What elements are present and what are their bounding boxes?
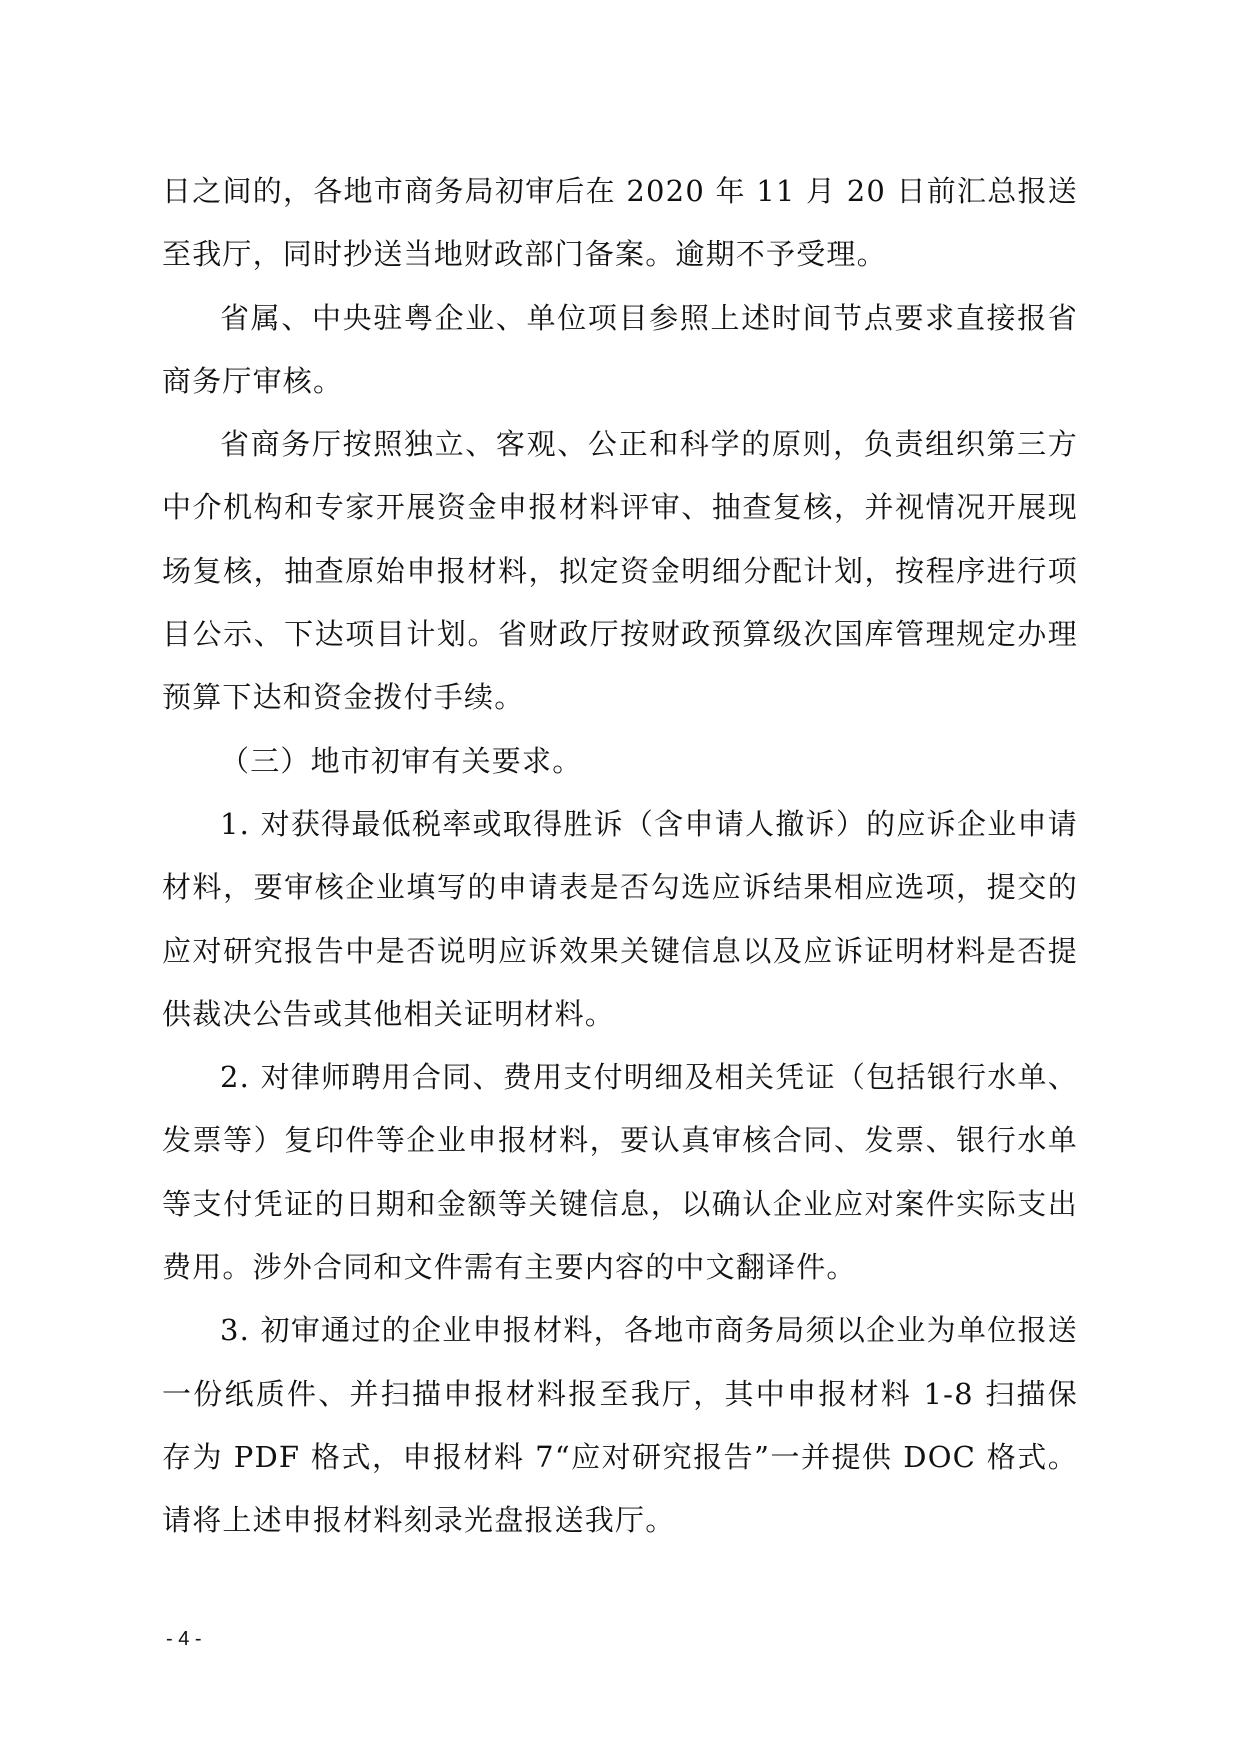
paragraph-provincial-units: 省属、中央驻粤企业、单位项目参照上述时间节点要求直接报省商务厅审核。	[162, 287, 1078, 414]
paragraph-item-2: 2. 对律师聘用合同、费用支付明细及相关凭证（包括银行水单、发票等）复印件等企业…	[162, 1046, 1078, 1299]
paragraph-item-3: 3. 初审通过的企业申报材料，各地市商务局须以企业为单位报送一份纸质件、并扫描申…	[162, 1299, 1078, 1552]
section-heading-city-review: （三）地市初审有关要求。	[162, 730, 1078, 793]
paragraph-continuation: 日之间的，各地市商务局初审后在 2020 年 11 月 20 日前汇总报送至我厅…	[162, 160, 1078, 287]
page-number: - 4 -	[166, 1628, 202, 1651]
paragraph-review-process: 省商务厅按照独立、客观、公正和科学的原则，负责组织第三方中介机构和专家开展资金申…	[162, 413, 1078, 729]
document-body: 日之间的，各地市商务局初审后在 2020 年 11 月 20 日前汇总报送至我厅…	[162, 160, 1078, 1553]
paragraph-item-1: 1. 对获得最低税率或取得胜诉（含申请人撤诉）的应诉企业申请材料，要审核企业填写…	[162, 793, 1078, 1046]
document-page: 日之间的，各地市商务局初审后在 2020 年 11 月 20 日前汇总报送至我厅…	[0, 0, 1240, 1754]
